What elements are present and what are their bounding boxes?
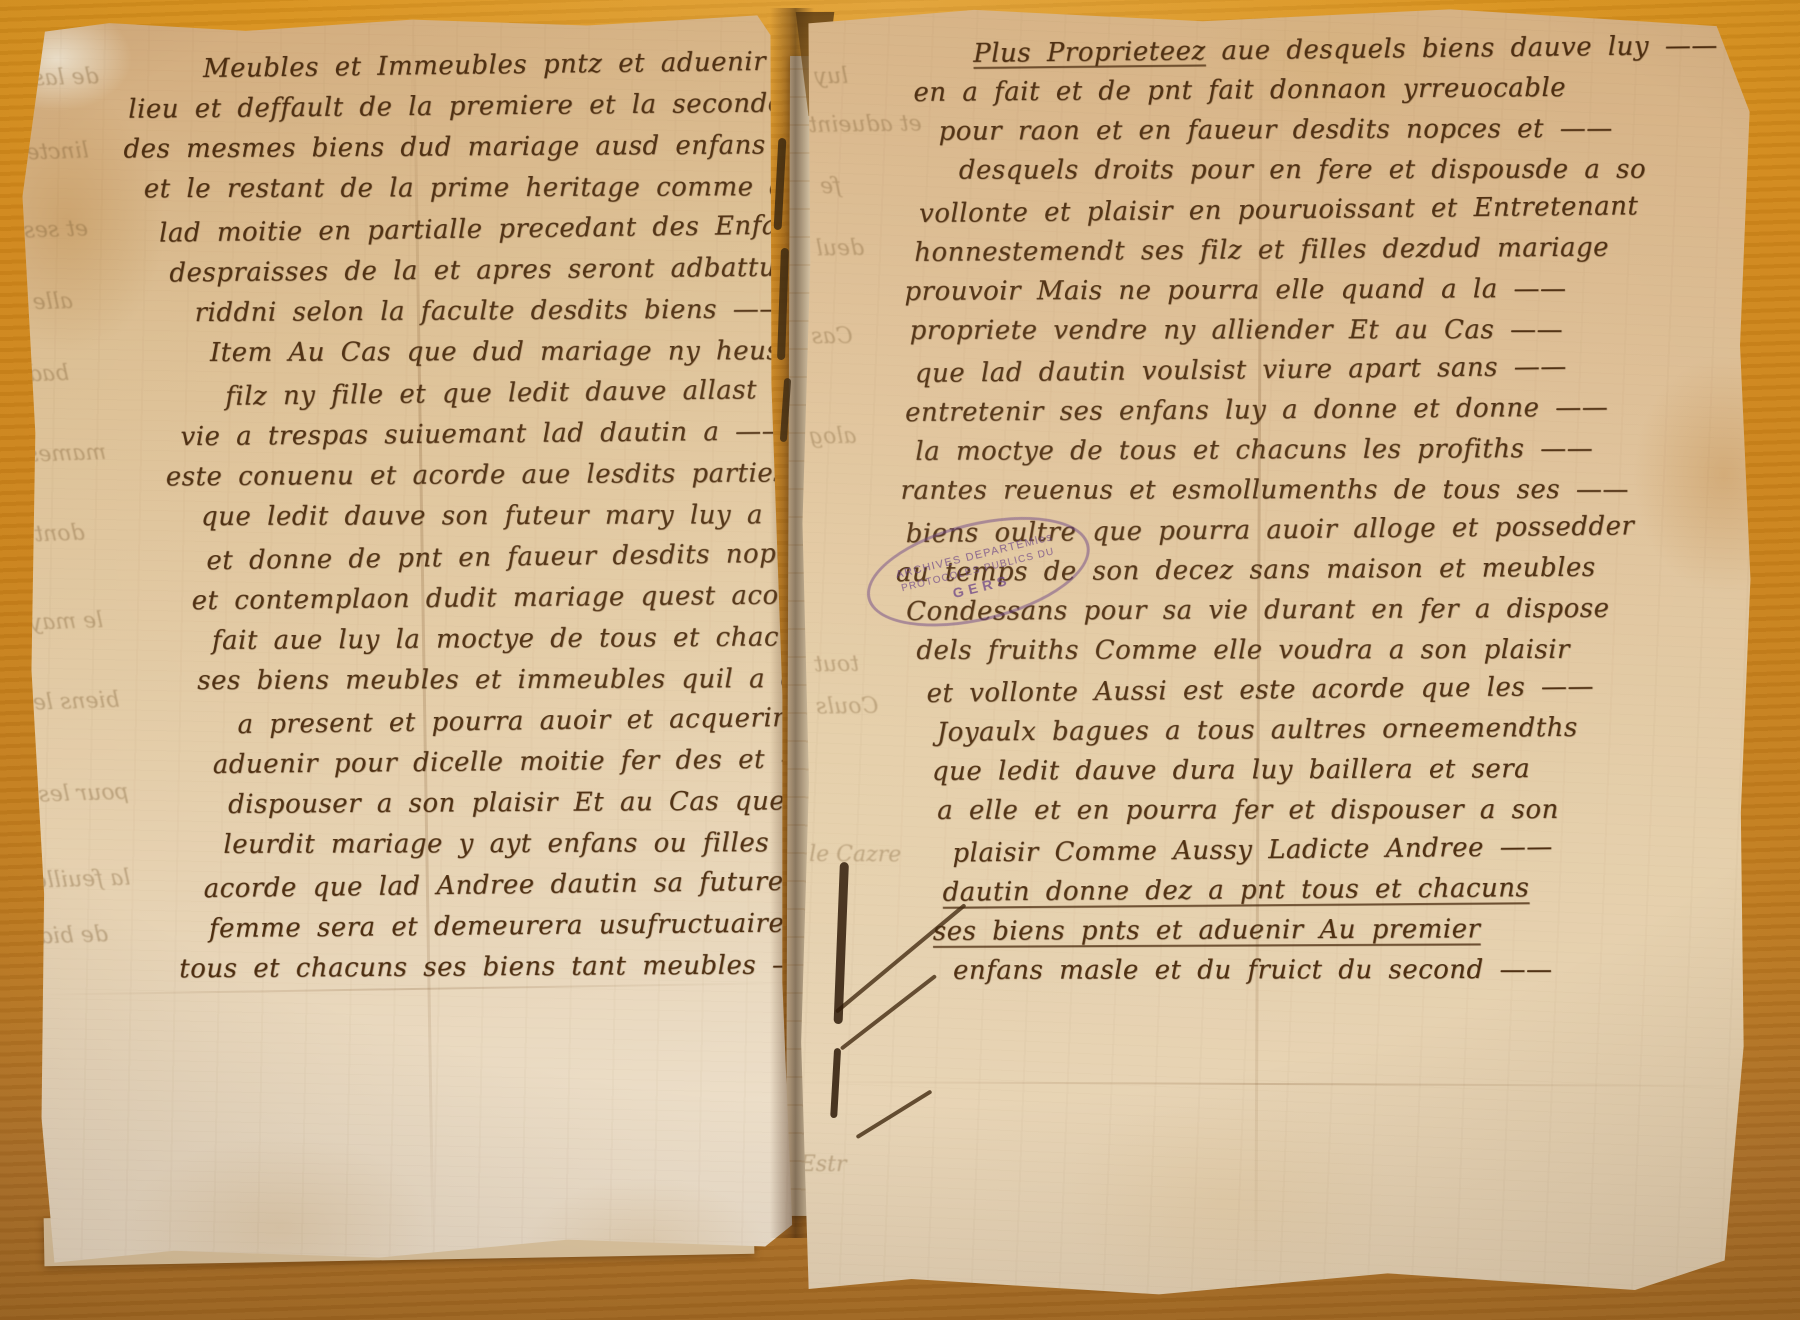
bleedthrough-fragment: fe — [820, 174, 841, 199]
handwritten-line: vie a trespas suiuemant lad dautin a —— — [180, 411, 788, 458]
handwritten-line: vollonte et plaisir en pouruoissant et E… — [919, 186, 1639, 234]
handwritten-line: que ledit dauve dura luy baillera et ser… — [932, 749, 1530, 792]
bleedthrough-fragment: tout — [814, 652, 859, 678]
manuscript-left-page: Meubles et Immeubles pntz et aduenir ——l… — [18, 10, 795, 1268]
manuscript-right-page: Plus Proprieteez aue desquels biens dauv… — [797, 4, 1755, 1306]
handwritten-line: que ledit dauve son futeur mary luy a do… — [201, 495, 862, 538]
handwritten-line: Plus Proprieteez aue desquels biens dauv… — [973, 26, 1718, 74]
handwritten-line: femme sera et demeurera usufructuairesse… — [209, 903, 877, 950]
bleedthrough-fragment: mames — [27, 440, 107, 468]
bleedthrough-fragment: pour les — [38, 780, 129, 808]
bleedthrough-fragment: lincte — [26, 138, 89, 165]
handwritten-line: tous et chacuns ses biens tant meubles —… — [179, 945, 825, 990]
bleedthrough-fragment: de bid — [38, 922, 108, 949]
handwritten-line: dels fruiths Comme elle voudra a son pla… — [916, 630, 1570, 671]
handwritten-line: pour raon et en faueur desdits nopces et… — [939, 109, 1613, 152]
ink-stroke-edge — [830, 1048, 841, 1118]
handwritten-line: este conuenu et acorde aue lesdits parti… — [166, 453, 856, 498]
handwritten-line: Item Au Cas que dud mariage ny heust —— — [210, 331, 860, 374]
handwritten-line: en a fait et de pnt fait donnaon yrreuoc… — [913, 68, 1566, 113]
handwritten-line: entretenir ses enfans luy a donne et don… — [905, 388, 1608, 433]
handwritten-line: ses biens meubles et immeubles quil a de… — [197, 659, 883, 702]
handwritten-line: filz ny fille et que ledit dauve allast … — [225, 369, 875, 418]
bleedthrough-fragment: biens le — [33, 688, 120, 716]
bleedthrough-fragment: le Cazre — [809, 842, 901, 867]
handwritten-line: acorde que lad Andree dautin sa future —… — [203, 861, 852, 910]
handwritten-line: aduenir pour dicelle moitie fer des et —… — [213, 739, 834, 786]
handwritten-line: plaisir Comme Aussy Ladicte Andree —— — [952, 827, 1553, 873]
handwritten-line: propriete vendre ny alliender Et au Cas … — [910, 310, 1563, 351]
bleedthrough-fragment: deul — [816, 236, 865, 262]
left-page-text: Meubles et Immeubles pntz et aduenir ——l… — [73, 43, 780, 991]
underlined-phrase: Plus Proprieteez — [973, 36, 1206, 69]
bleedthrough-fragment: alog — [809, 424, 857, 450]
left-page-bleedthrough: de laslincteet sesallebadmamesdontle may… — [18, 10, 776, 22]
handwritten-line: a elle et en pourra fer et dispouser a s… — [937, 790, 1559, 831]
bleedthrough-fragment: et adueint — [808, 111, 922, 137]
handwritten-line: lieu et deffault de la premiere et la se… — [128, 82, 895, 130]
handwritten-line: enfans masle et du fruict du second —— — [953, 950, 1553, 991]
handwritten-line: desquels droits pour en fere et dispousd… — [959, 150, 1646, 191]
handwritten-line: leurdit mariage y ayt enfans ou filles a… — [223, 823, 873, 866]
bleedthrough-fragment: Estr — [800, 1152, 847, 1177]
handwritten-line: prouvoir Mais ne pourra elle quand a la … — [904, 269, 1566, 312]
handwritten-line: et vollonte Aussi est este acorde que le… — [926, 667, 1594, 714]
handwritten-line: fait aue luy la moctye de tous et chacun… — [212, 617, 828, 662]
manuscript-photo: Meubles et Immeubles pntz et aduenir ——l… — [0, 0, 1800, 1320]
handwritten-line: la moctye de tous et chacuns les profith… — [915, 429, 1593, 472]
binding-stitch — [774, 138, 787, 230]
right-page-text: Plus Proprieteez aue desquels biens dauv… — [853, 28, 1738, 993]
pen-slash-mark — [856, 1089, 933, 1139]
handwritten-line: ses biens pnts et aduenir Au premier — [933, 909, 1481, 951]
handwritten-line: dautin donne dez a pnt tous et chacuns — [942, 868, 1529, 913]
bleedthrough-fragment: dont — [34, 521, 85, 548]
bleedthrough-fragment: et ses — [23, 216, 88, 243]
bleedthrough-fragment: bad — [27, 361, 69, 387]
handwritten-line: que lad dautin voulsist viure apart sans… — [915, 347, 1567, 394]
bleedthrough-fragment: Couls — [816, 694, 879, 720]
handwritten-line: et contemplaon dudit mariage quest acord… — [191, 575, 824, 622]
bleedthrough-fragment: la feuille — [33, 866, 130, 894]
bleedthrough-fragment: Cas — [811, 324, 853, 350]
fold-crease — [798, 1081, 1750, 1087]
binding-stitch — [777, 248, 789, 360]
handwritten-line: riddni selon la faculte desdits biens —— — [195, 289, 786, 334]
bleedthrough-fragment: luy — [814, 64, 848, 89]
handwritten-line: honnestemendt ses filz et filles dezdud … — [914, 228, 1609, 273]
right-page-bleedthrough: luyet adueintfedeulCasalogtoutCoulsle Ca… — [803, 4, 1755, 8]
bleedthrough-fragment: de las — [33, 64, 99, 91]
bleedthrough-fragment: le may — [29, 608, 103, 635]
bleedthrough-fragment: alle — [32, 289, 73, 315]
handwritten-line: rantes reuenus et esmollumenths de tous … — [901, 470, 1629, 511]
handwritten-line: Meubles et Immeubles pntz et aduenir —— — [203, 41, 835, 90]
handwritten-line: Joyaulx bagues a tous aultres orneemendt… — [937, 708, 1578, 753]
